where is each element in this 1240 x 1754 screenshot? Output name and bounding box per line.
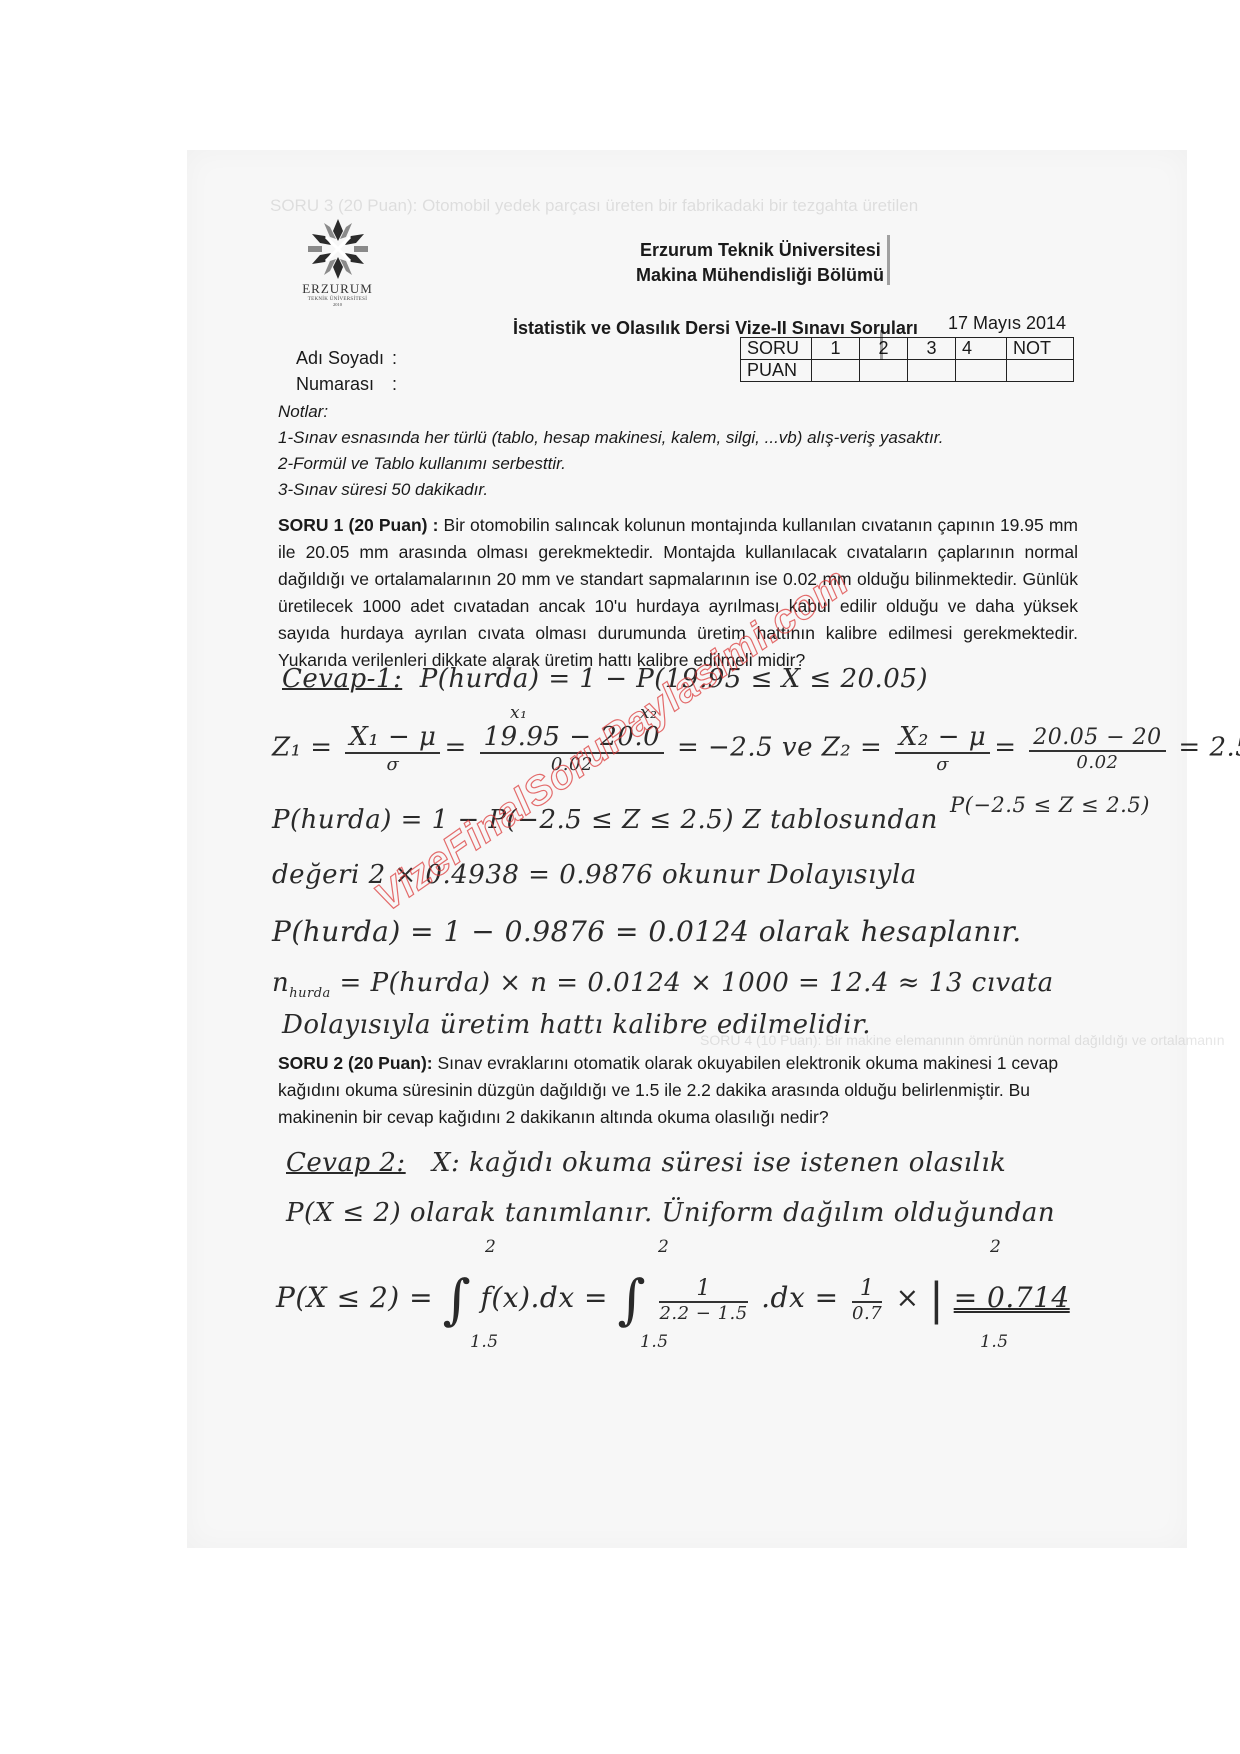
university-name: Erzurum Teknik Üniversitesi [640, 240, 881, 261]
score-input-1[interactable] [812, 360, 860, 382]
logo-name: ERZURUM [290, 281, 385, 297]
scan-artifact [880, 330, 883, 360]
score-input-4[interactable] [956, 360, 1007, 382]
answer-2-line-1: Cevap 2: X: kağıdı okuma süresi ise iste… [286, 1148, 1006, 1178]
answer-1-label: Cevap-1: [282, 664, 402, 694]
integral-upper-limit: 2 [658, 1237, 669, 1257]
note-item: 2-Formül ve Tablo kullanımı serbesttir. [278, 451, 943, 477]
score-input-3[interactable] [908, 360, 956, 382]
question-2: SORU 2 (20 Puan): Sınav evraklarını otom… [278, 1050, 1078, 1131]
answer-1-line-3: P(hurda) = 1 − P(−2.5 ≤ Z ≤ 2.5) Z tablo… [272, 805, 938, 835]
answer-1-z-scores: Z₁ = X₁ − μσ= 19.95 − 20.00.02 = −2.5 ve… [272, 722, 1240, 775]
exam-date: 17 Mayıs 2014 [948, 313, 1066, 334]
department-name: Makina Mühendisliği Bölümü [636, 265, 884, 286]
score-cell: NOT [1007, 338, 1074, 360]
answer-2-line-2: P(X ≤ 2) olarak tanımlanır. Üniform dağı… [286, 1198, 1055, 1228]
bleed-through-text: SORU 3 (20 Puan): Otomobil yedek parçası… [270, 196, 918, 216]
answer-1-conclusion: Dolayısıyla üretim hattı kalibre edilmel… [282, 1010, 871, 1040]
snowflake-star-logo-icon [307, 218, 369, 280]
exam-title: İstatistik ve Olasılık Dersi Vize-II Sın… [513, 318, 918, 339]
question-1-text: Bir otomobilin salıncak kolunun montajın… [278, 515, 1078, 670]
answer-1-line-3-right: P(−2.5 ≤ Z ≤ 2.5) [950, 793, 1150, 817]
logo-year: 2010 [290, 302, 385, 307]
score-input-2[interactable] [860, 360, 908, 382]
score-cell: 2 [860, 338, 908, 360]
answer-2-integral: P(X ≤ 2) = ∫ f(x).dx = ∫ 12.2 − 1.5 .dx … [276, 1268, 1070, 1331]
score-cell: SORU [741, 338, 812, 360]
score-cell: 3 [908, 338, 956, 360]
score-table: SORU 1 2 3 4 NOT PUAN [740, 337, 1074, 382]
answer-1-line-5: P(hurda) = 1 − 0.9876 = 0.0124 olarak he… [272, 915, 1022, 948]
answer-1-line-1: Cevap-1: P(hurda) = 1 − P(19.95 ≤ X ≤ 20… [282, 664, 928, 694]
note-item: 3-Sınav süresi 50 dakikadır. [278, 477, 943, 503]
score-cell: 1 [812, 338, 860, 360]
question-2-label: SORU 2 (20 Puan): [278, 1053, 433, 1073]
notes-title: Notlar: [278, 399, 943, 425]
answer-2-label: Cevap 2: [286, 1148, 406, 1178]
name-label: Adı Soyadı [296, 348, 384, 369]
question-1-label: SORU 1 (20 Puan) : [278, 515, 438, 535]
scan-artifact [887, 235, 890, 285]
score-cell: PUAN [741, 360, 812, 382]
score-input-total[interactable] [1007, 360, 1074, 382]
number-label: Numarası [296, 374, 374, 395]
note-item: 1-Sınav esnasında her türlü (tablo, hesa… [278, 425, 943, 451]
score-cell: 4 [956, 338, 1007, 360]
university-logo: ERZURUM TEKNİK ÜNİVERSİTESİ 2010 [290, 218, 385, 307]
evaluation-upper-limit: 2 [990, 1237, 1001, 1257]
integral-lower-limit: 1.5 [470, 1332, 499, 1352]
integral-upper-limit: 2 [485, 1237, 496, 1257]
evaluation-lower-limit: 1.5 [980, 1332, 1009, 1352]
question-1: SORU 1 (20 Puan) : Bir otomobilin salınc… [278, 512, 1078, 674]
score-table-points-row: PUAN [741, 360, 1074, 382]
x1-annotation: x₁ [510, 703, 527, 723]
notes-section: Notlar: 1-Sınav esnasında her türlü (tab… [278, 399, 943, 503]
name-colon: : [392, 348, 397, 369]
number-colon: : [392, 374, 397, 395]
answer-1-line-6: nhurda = P(hurda) × n = 0.0124 × 1000 = … [272, 968, 1054, 1001]
score-table-header-row: SORU 1 2 3 4 NOT [741, 338, 1074, 360]
answer-2-result: = 0.714 [954, 1281, 1070, 1314]
integral-lower-limit: 1.5 [640, 1332, 669, 1352]
